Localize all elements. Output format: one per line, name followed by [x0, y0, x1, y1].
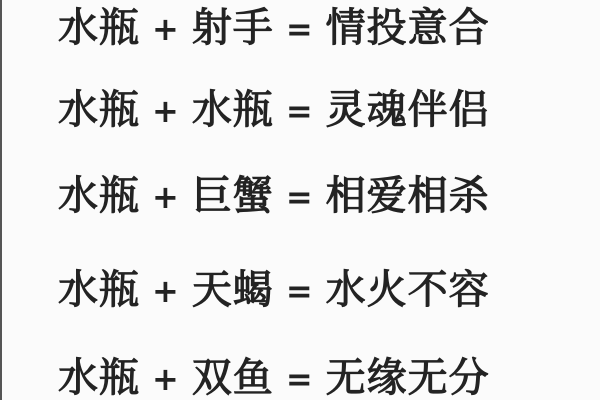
sign-b: 巨蟹 [192, 176, 274, 216]
equals-sign: = [286, 13, 314, 45]
pairing-row: 水瓶 + 巨蟹 = 相爱相杀 [58, 173, 490, 219]
pairing-row: 水瓶 + 双鱼 = 无缘无分 [58, 355, 490, 400]
sign-a: 水瓶 [58, 358, 140, 398]
plus-sign: + [152, 13, 180, 45]
plus-sign: + [152, 95, 180, 127]
pairing-row: 水瓶 + 天蝎 = 水火不容 [58, 267, 490, 313]
sign-a: 水瓶 [58, 176, 140, 216]
pairing-row: 水瓶 + 水瓶 = 灵魂伴侣 [58, 87, 490, 133]
plus-sign: + [152, 181, 180, 213]
compatibility-result: 无缘无分 [326, 358, 490, 398]
equals-sign: = [286, 95, 314, 127]
sign-a: 水瓶 [58, 90, 140, 130]
compatibility-result: 灵魂伴侣 [326, 90, 490, 130]
compatibility-result: 水火不容 [326, 270, 490, 310]
sign-b: 双鱼 [192, 358, 274, 398]
sign-b: 水瓶 [192, 90, 274, 130]
left-edge-line [0, 0, 2, 400]
sign-b: 射手 [192, 8, 274, 48]
equals-sign: = [286, 275, 314, 307]
sign-a: 水瓶 [58, 8, 140, 48]
sign-b: 天蝎 [192, 270, 274, 310]
plus-sign: + [152, 363, 180, 395]
equals-sign: = [286, 181, 314, 213]
compatibility-result: 相爱相杀 [326, 176, 490, 216]
pairing-row: 水瓶 + 射手 = 情投意合 [58, 5, 490, 51]
compatibility-result: 情投意合 [326, 8, 490, 48]
sign-a: 水瓶 [58, 270, 140, 310]
zodiac-compatibility-list: 水瓶 + 射手 = 情投意合 水瓶 + 水瓶 = 灵魂伴侣 水瓶 + 巨蟹 = … [0, 0, 600, 400]
plus-sign: + [152, 275, 180, 307]
equals-sign: = [286, 363, 314, 395]
